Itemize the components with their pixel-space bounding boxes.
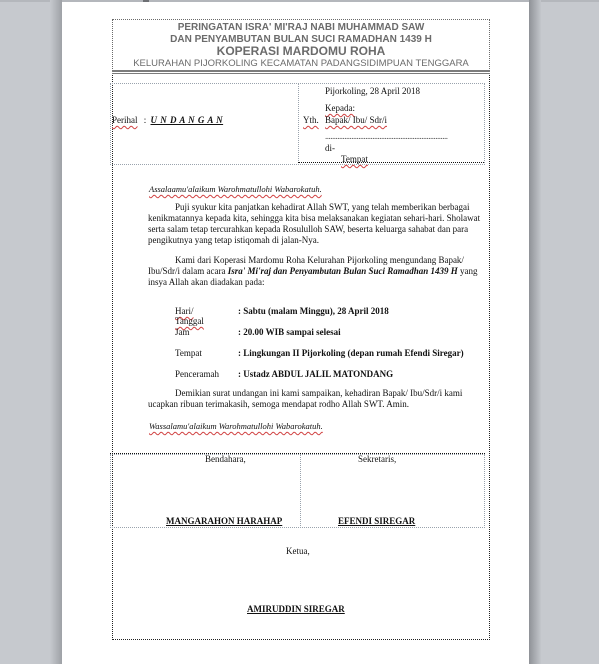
paragraph-line: pengikutnya yang tetap istiqomah di jala… (148, 235, 480, 246)
detail-label: Jam (175, 327, 190, 337)
paragraph-line: Demikian surat undangan ini kami sampaik… (148, 388, 462, 399)
page-shadow-right (529, 0, 541, 664)
treasurer-title: Bendahara, (205, 454, 246, 464)
signature-divider (300, 454, 301, 526)
place-date: Pijorkoling, 28 April 2018 (325, 86, 420, 96)
detail-label: Penceramah (175, 369, 219, 379)
to-label: Kepada: (325, 103, 355, 113)
document-page[interactable]: PERINGATAN ISRA' MI'RAJ NABI MUHAMMAD SA… (62, 2, 529, 664)
subject-separator: : (144, 115, 147, 125)
closing-paragraph: Demikian surat undangan ini kami sampaik… (148, 388, 462, 410)
paragraph-line: Puji syukur kita panjatkan kehadirat All… (148, 202, 480, 213)
secretary-name: EFENDI SIREGAR (338, 516, 415, 526)
letterhead-line-1: PERINGATAN ISRA' MI'RAJ NABI MUHAMMAD SA… (113, 22, 489, 33)
detail-label: Tempat (175, 348, 202, 358)
event-post: yang (458, 266, 478, 276)
chair-name: AMIRUDDIN SIREGAR (247, 604, 345, 614)
subject-label: Perihal (112, 115, 138, 125)
recipient-blank-line: ........................................… (325, 131, 473, 141)
subject-value: U N D A N G A N (151, 115, 224, 125)
paragraph-line: kenikmatannya kepada kita, sehingga kita… (148, 213, 480, 224)
paragraph-line: Ibu/Sdr/i dalam acara Isra' Mi'raj dan P… (148, 266, 478, 277)
page-shadow-left (50, 0, 62, 664)
paragraph-line: Kami dari Koperasi Mardomu Roha Keluraha… (148, 255, 478, 266)
paragraph-line: insya Allah akan diadakan pada: (148, 277, 478, 288)
paragraph-line: ucapkan ribuan terimakasih, semoga menda… (148, 399, 462, 410)
letterhead: PERINGATAN ISRA' MI'RAJ NABI MUHAMMAD SA… (112, 19, 490, 71)
paragraph-1: Puji syukur kita panjatkan kehadirat All… (148, 202, 480, 246)
recipient: Bapak/ Ibu/ Sdr/i (325, 115, 387, 125)
farewell: Wassalamu'alaikum Warohmatullohi Wabarok… (149, 421, 323, 432)
letterhead-rule (112, 70, 490, 74)
detail-label: Hari/ Tanggal (175, 306, 204, 326)
table-divider (298, 83, 299, 163)
detail-value: : 20.00 WIB sampai selesai (238, 327, 341, 337)
letterhead-organization: KOPERASI MARDOMU ROHA (113, 44, 489, 58)
honorific: Yth. (303, 115, 319, 125)
secretary-title: Sekretaris, (358, 454, 396, 464)
treasurer-name: MANGARAHON HARAHAP (166, 516, 282, 526)
greeting: Assalaamu'alaikum Warohmatullohi Wabarok… (149, 184, 322, 195)
event-pre: Ibu/Sdr/i dalam acara (148, 266, 228, 276)
detail-value: : Sabtu (malam Minggu), 28 April 2018 (238, 306, 389, 316)
detail-value: : Lingkungan II Pijorkoling (depan rumah… (238, 348, 464, 358)
detail-value: : Ustadz ABDUL JALIL MATONDANG (238, 369, 393, 379)
subject-row: Perihal : U N D A N G A N (112, 115, 223, 125)
location-prefix: di- (325, 143, 335, 153)
table-bottom-border (298, 162, 484, 163)
letterhead-address: KELURAHAN PIJORKOLING KECAMATAN PADANGSI… (113, 58, 489, 69)
paragraph-2: Kami dari Koperasi Mardomu Roha Keluraha… (148, 255, 478, 288)
location-placeholder: Tempat (341, 154, 368, 164)
chair-title: Ketua, (286, 546, 310, 556)
paragraph-line: serta salam tetap tercurahkan kepada Ros… (148, 224, 480, 235)
event-name: Isra' Mi'raj dan Penyambutan Bulan Suci … (228, 266, 458, 276)
